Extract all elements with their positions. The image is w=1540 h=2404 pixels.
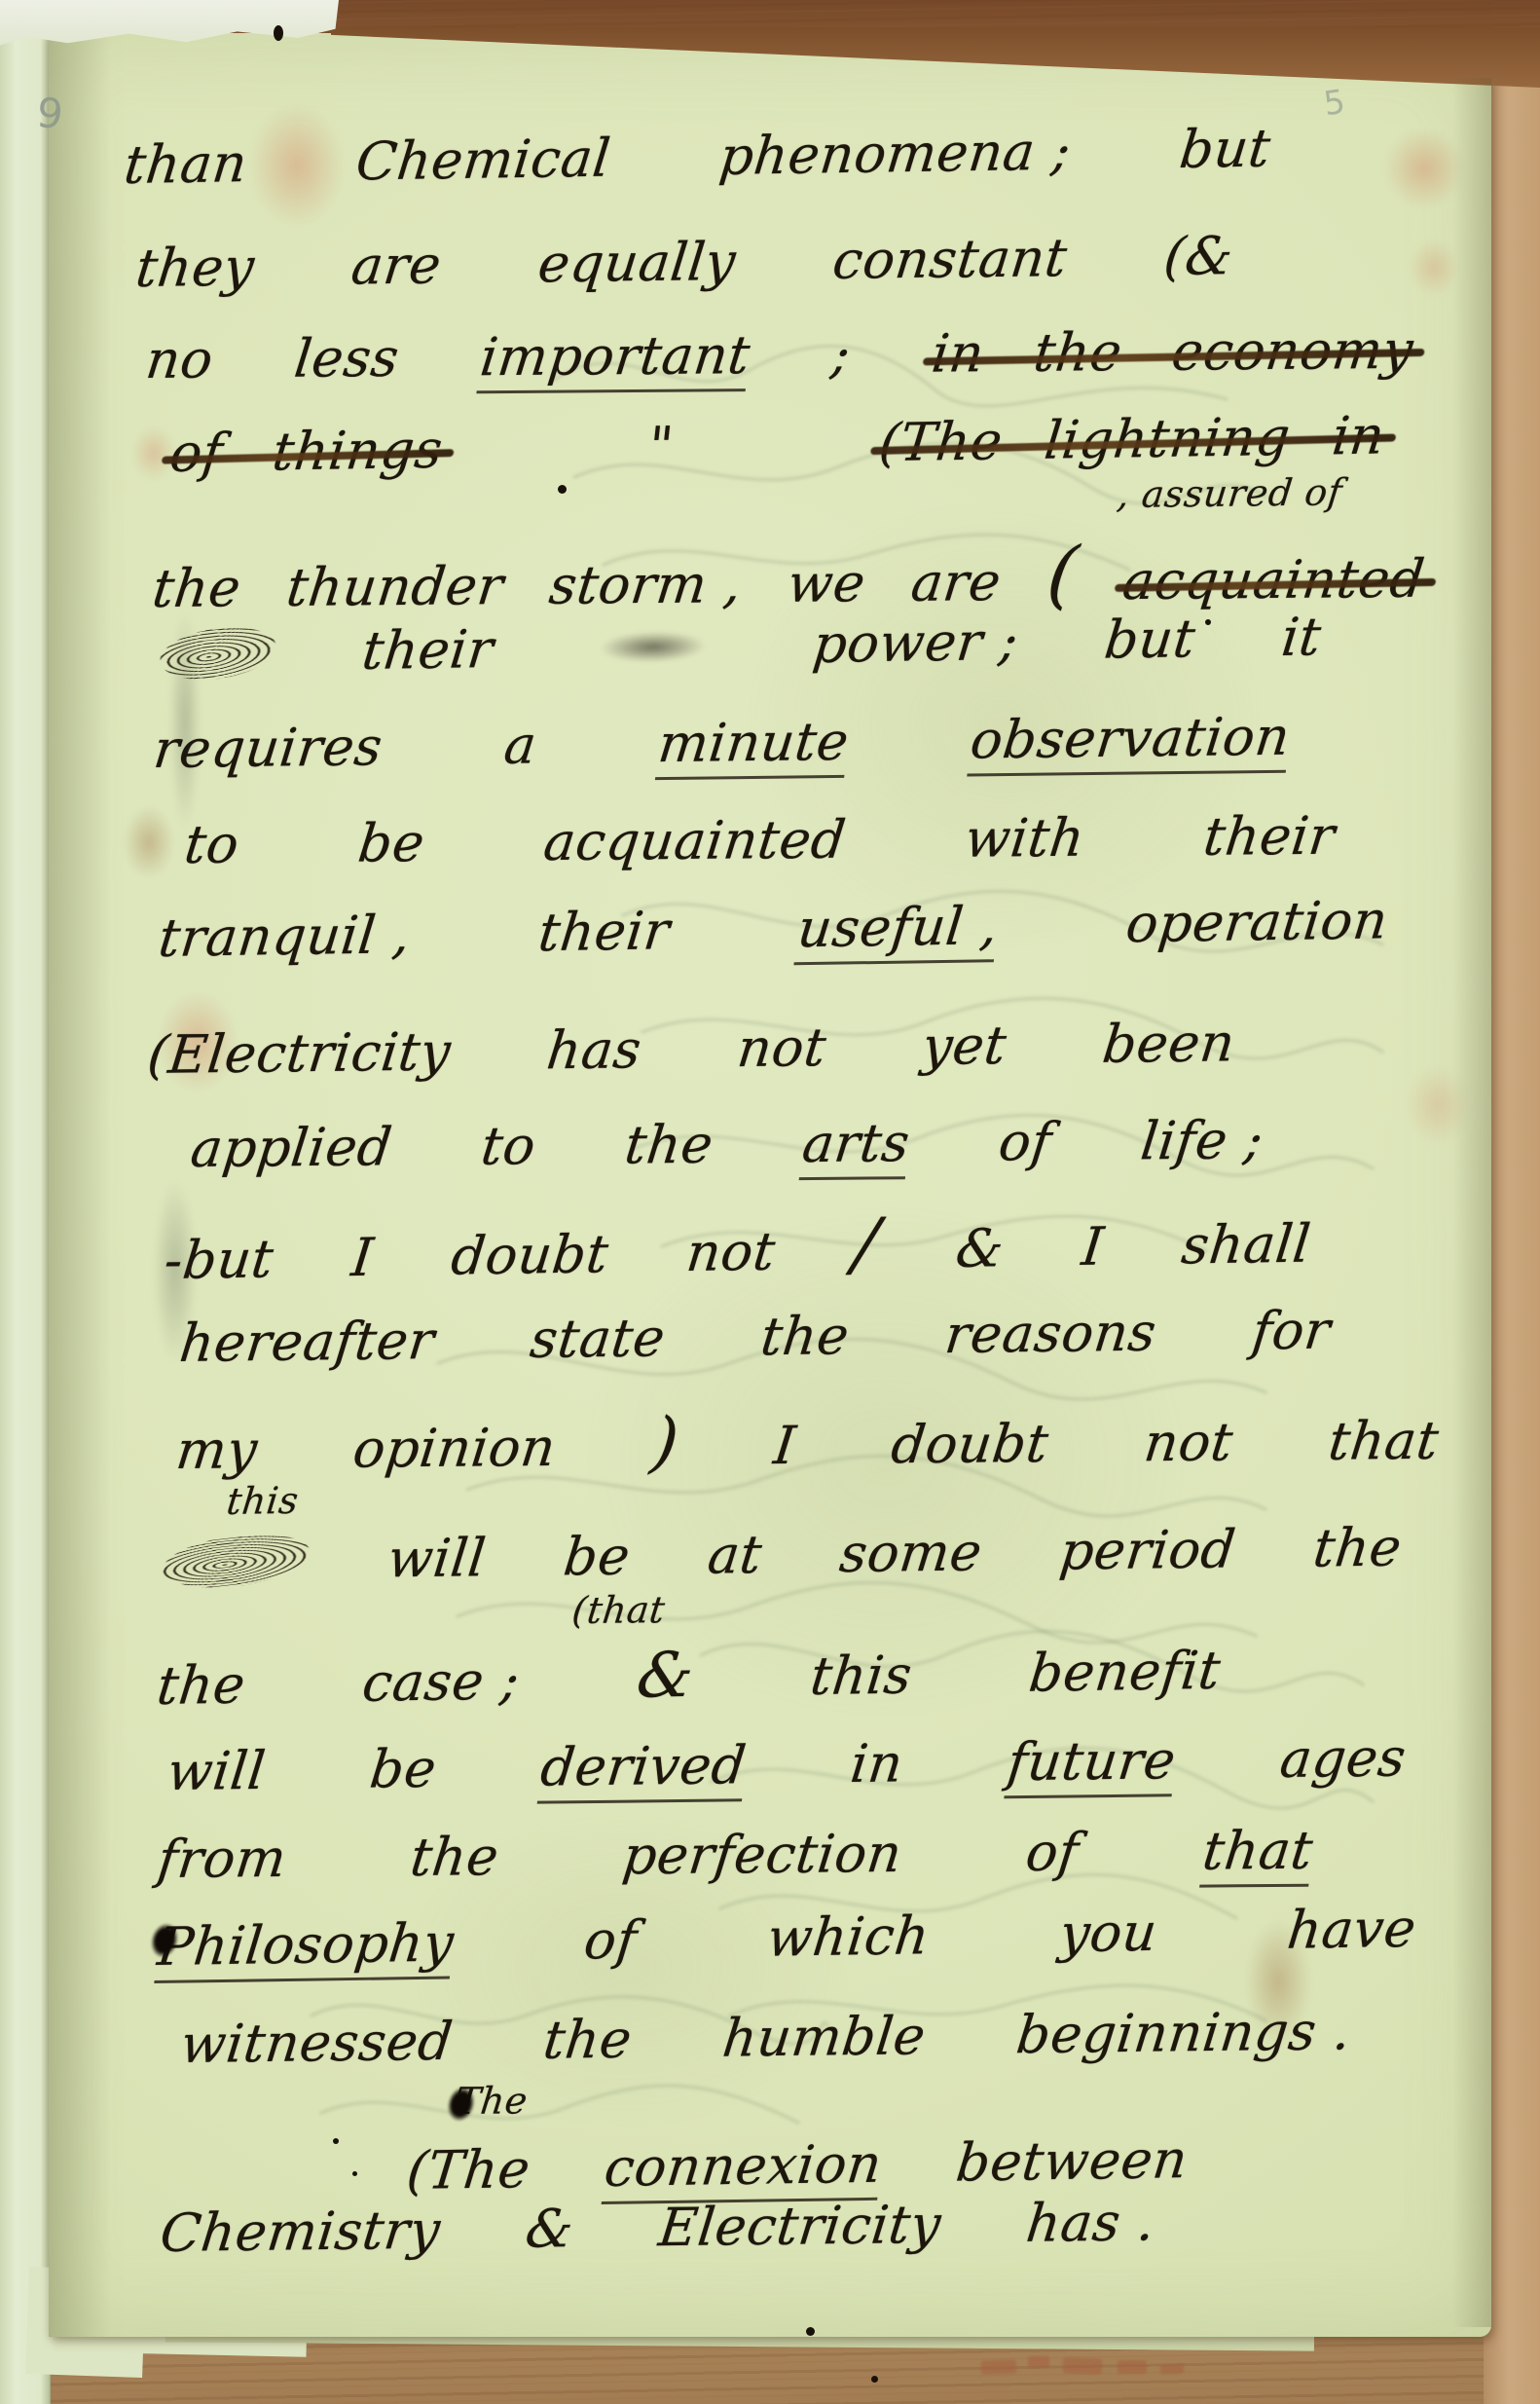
- word: shall: [1179, 1213, 1314, 1276]
- word: ;: [828, 323, 854, 385]
- word: benefit: [1026, 1640, 1224, 1704]
- word: the: [407, 1826, 501, 1888]
- word: my: [173, 1419, 261, 1481]
- word: Electricity: [656, 2194, 944, 2258]
- manuscript-line: this: [225, 1479, 301, 1523]
- word: are: [348, 234, 445, 296]
- word: tranquil ,: [156, 904, 414, 969]
- word: they: [132, 237, 257, 299]
- manuscript-line: Philosophyofwhichyouhave: [154, 1898, 1419, 1983]
- word: reasons: [942, 1302, 1159, 1365]
- word: opinion: [350, 1417, 560, 1480]
- word: will: [385, 1527, 489, 1589]
- manuscript-line: nolessimportant;in the economy: [142, 319, 1416, 396]
- word: humble: [719, 2005, 929, 2068]
- word: (: [1044, 531, 1082, 617]
- underlined-word: arts: [798, 1112, 912, 1180]
- word: operation: [1123, 889, 1391, 954]
- word: this: [225, 1479, 301, 1523]
- manuscript-line: (that: [569, 1588, 667, 1632]
- word: a: [501, 715, 540, 776]
- word: the: [758, 1305, 853, 1367]
- manuscript-line: hereafterstatethereasonsfor: [176, 1300, 1334, 1374]
- word: are: [908, 551, 1005, 613]
- manuscript-line: tranquil ,theiruseful ,operation: [155, 889, 1391, 975]
- word: which: [764, 1905, 933, 1968]
- manuscript-line: thanChemicalphenomena ;but: [122, 118, 1274, 196]
- word: less: [291, 327, 402, 389]
- word: to: [478, 1115, 539, 1176]
- ink-smudge: [578, 624, 729, 669]
- word: with: [962, 807, 1087, 869]
- word: that: [1326, 1410, 1443, 1472]
- word: at: [705, 1524, 765, 1586]
- manuscript-photo: { "page": { "pencil_number_left": "9", "…: [0, 0, 1540, 2404]
- manuscript-line: thecase ;&thisbenefit: [154, 1632, 1225, 1720]
- word: not: [683, 1221, 778, 1283]
- word: than: [122, 132, 250, 196]
- underlined-word: minute: [655, 711, 853, 780]
- word: witnessed: [177, 2011, 456, 2075]
- word: their: [1200, 805, 1338, 868]
- word: I: [348, 1227, 377, 1288]
- word: Chemistry: [157, 2200, 443, 2264]
- manuscript-line: Chemistry&Electricityhas .: [157, 2191, 1157, 2264]
- word: the: [154, 1654, 248, 1717]
- word: of: [581, 1909, 640, 1972]
- word: (The: [404, 2138, 533, 2201]
- word: constant: [829, 227, 1070, 291]
- word: ages: [1277, 1727, 1410, 1790]
- word: the: [1310, 1517, 1405, 1579]
- word: yet: [919, 1015, 1009, 1077]
- word: -but: [162, 1228, 276, 1291]
- struck-word: in the economy: [929, 319, 1416, 385]
- word: this: [808, 1645, 915, 1708]
- manuscript-line: tobeacquaintedwiththeir: [181, 805, 1338, 875]
- word: the: [149, 557, 243, 619]
- scribble-mark: [163, 1527, 310, 1594]
- manuscript-line: , assured of: [1116, 470, 1345, 516]
- underlined-word: derived: [537, 1734, 750, 1803]
- word: (&: [1161, 225, 1236, 287]
- word: be: [561, 1526, 634, 1588]
- word: has .: [1023, 2191, 1158, 2253]
- word: acquainted: [540, 809, 849, 872]
- word: Chemical: [353, 128, 613, 193]
- word: of: [1023, 1822, 1082, 1883]
- word: (that: [569, 1588, 667, 1632]
- word: some: [837, 1521, 986, 1584]
- word: not: [734, 1017, 829, 1079]
- word: /: [850, 1202, 883, 1284]
- word: The: [453, 2079, 530, 2123]
- word: been: [1099, 1012, 1237, 1075]
- manuscript-line: appliedtotheartsoflife ;: [187, 1109, 1266, 1185]
- word: to: [181, 814, 242, 875]
- word: &: [634, 1640, 698, 1713]
- manuscript-line: willbederivedinfutureages: [164, 1727, 1409, 1808]
- manuscript-line: witnessedthehumblebeginnings .: [177, 2000, 1354, 2075]
- manuscript-text-layer: thanChemicalphenomena ;buttheyareequally…: [0, 0, 1540, 2404]
- struck-word: (The lightning in: [876, 405, 1387, 474]
- word: storm ,: [546, 553, 745, 616]
- word: not: [1141, 1411, 1236, 1473]
- word: their: [359, 618, 496, 682]
- word: power ;: [810, 610, 1021, 675]
- word: I: [771, 1415, 799, 1476]
- word: for: [1249, 1300, 1334, 1362]
- manuscript-line: theyareequallyconstant(&: [132, 225, 1236, 299]
- word: will: [165, 1740, 269, 1802]
- word: state: [528, 1307, 669, 1370]
- word: perfection: [620, 1823, 905, 1886]
- word: I: [1079, 1216, 1107, 1277]
- word: has: [544, 1018, 644, 1081]
- underlined-word: Philosophy: [154, 1912, 457, 1983]
- word: it: [1279, 606, 1325, 668]
- underlined-word: observation: [967, 706, 1293, 777]
- word: be: [355, 812, 428, 874]
- word: requires: [151, 716, 385, 780]
- word: life ;: [1138, 1109, 1266, 1171]
- manuscript-line: -butIdoubtnot/&Ishall: [161, 1197, 1315, 1295]
- word: , assured of: [1116, 470, 1345, 516]
- struck-word: of things: [167, 419, 446, 484]
- word: have: [1284, 1898, 1418, 1961]
- word: doubt: [449, 1223, 612, 1286]
- word: ": [645, 415, 677, 476]
- word: &: [953, 1217, 1007, 1279]
- underlined-word: that: [1199, 1820, 1316, 1888]
- word: no: [143, 328, 217, 390]
- word: but: [1102, 608, 1199, 670]
- struck-word: acquainted: [1119, 548, 1428, 611]
- word: thunder: [283, 555, 506, 618]
- underlined-word: future: [1004, 1729, 1179, 1798]
- word: beginnings .: [1013, 2000, 1354, 2065]
- underlined-word: important: [477, 324, 753, 393]
- manuscript-line: The: [453, 2079, 530, 2123]
- scribble-mark: [161, 621, 276, 685]
- word: applied: [188, 1116, 395, 1179]
- manuscript-line: (Electricityhasnotyetbeen: [144, 1012, 1238, 1086]
- word: we: [785, 552, 869, 614]
- word: the: [540, 2009, 635, 2071]
- underlined-word: useful ,: [794, 895, 1002, 965]
- word: you: [1057, 1902, 1160, 1964]
- word: &: [523, 2198, 577, 2260]
- manuscript-line: willbeatsomeperiodthe: [160, 1517, 1405, 1592]
- word: case ;: [359, 1649, 523, 1713]
- underlined-word: connexion: [601, 2133, 885, 2204]
- word: in: [848, 1732, 906, 1794]
- word: (Electricity: [144, 1020, 454, 1086]
- word: doubt: [889, 1413, 1052, 1475]
- word: their: [535, 900, 673, 963]
- word: from: [155, 1828, 290, 1890]
- word: ): [647, 1404, 682, 1481]
- word: of: [996, 1111, 1055, 1172]
- word: equally: [535, 231, 739, 294]
- word: the: [622, 1114, 716, 1176]
- word: between: [953, 2128, 1191, 2194]
- manuscript-line: myopinion)Idoubtnotthat: [172, 1398, 1443, 1485]
- word: hereafter: [176, 1310, 437, 1374]
- word: phenomena ;: [716, 121, 1074, 187]
- word: but: [1177, 118, 1274, 180]
- manuscript-line: fromtheperfectionofthat: [154, 1820, 1316, 1896]
- word: be: [367, 1738, 440, 1800]
- manuscript-line: requiresaminuteobservation: [150, 706, 1293, 786]
- word: period: [1057, 1519, 1239, 1582]
